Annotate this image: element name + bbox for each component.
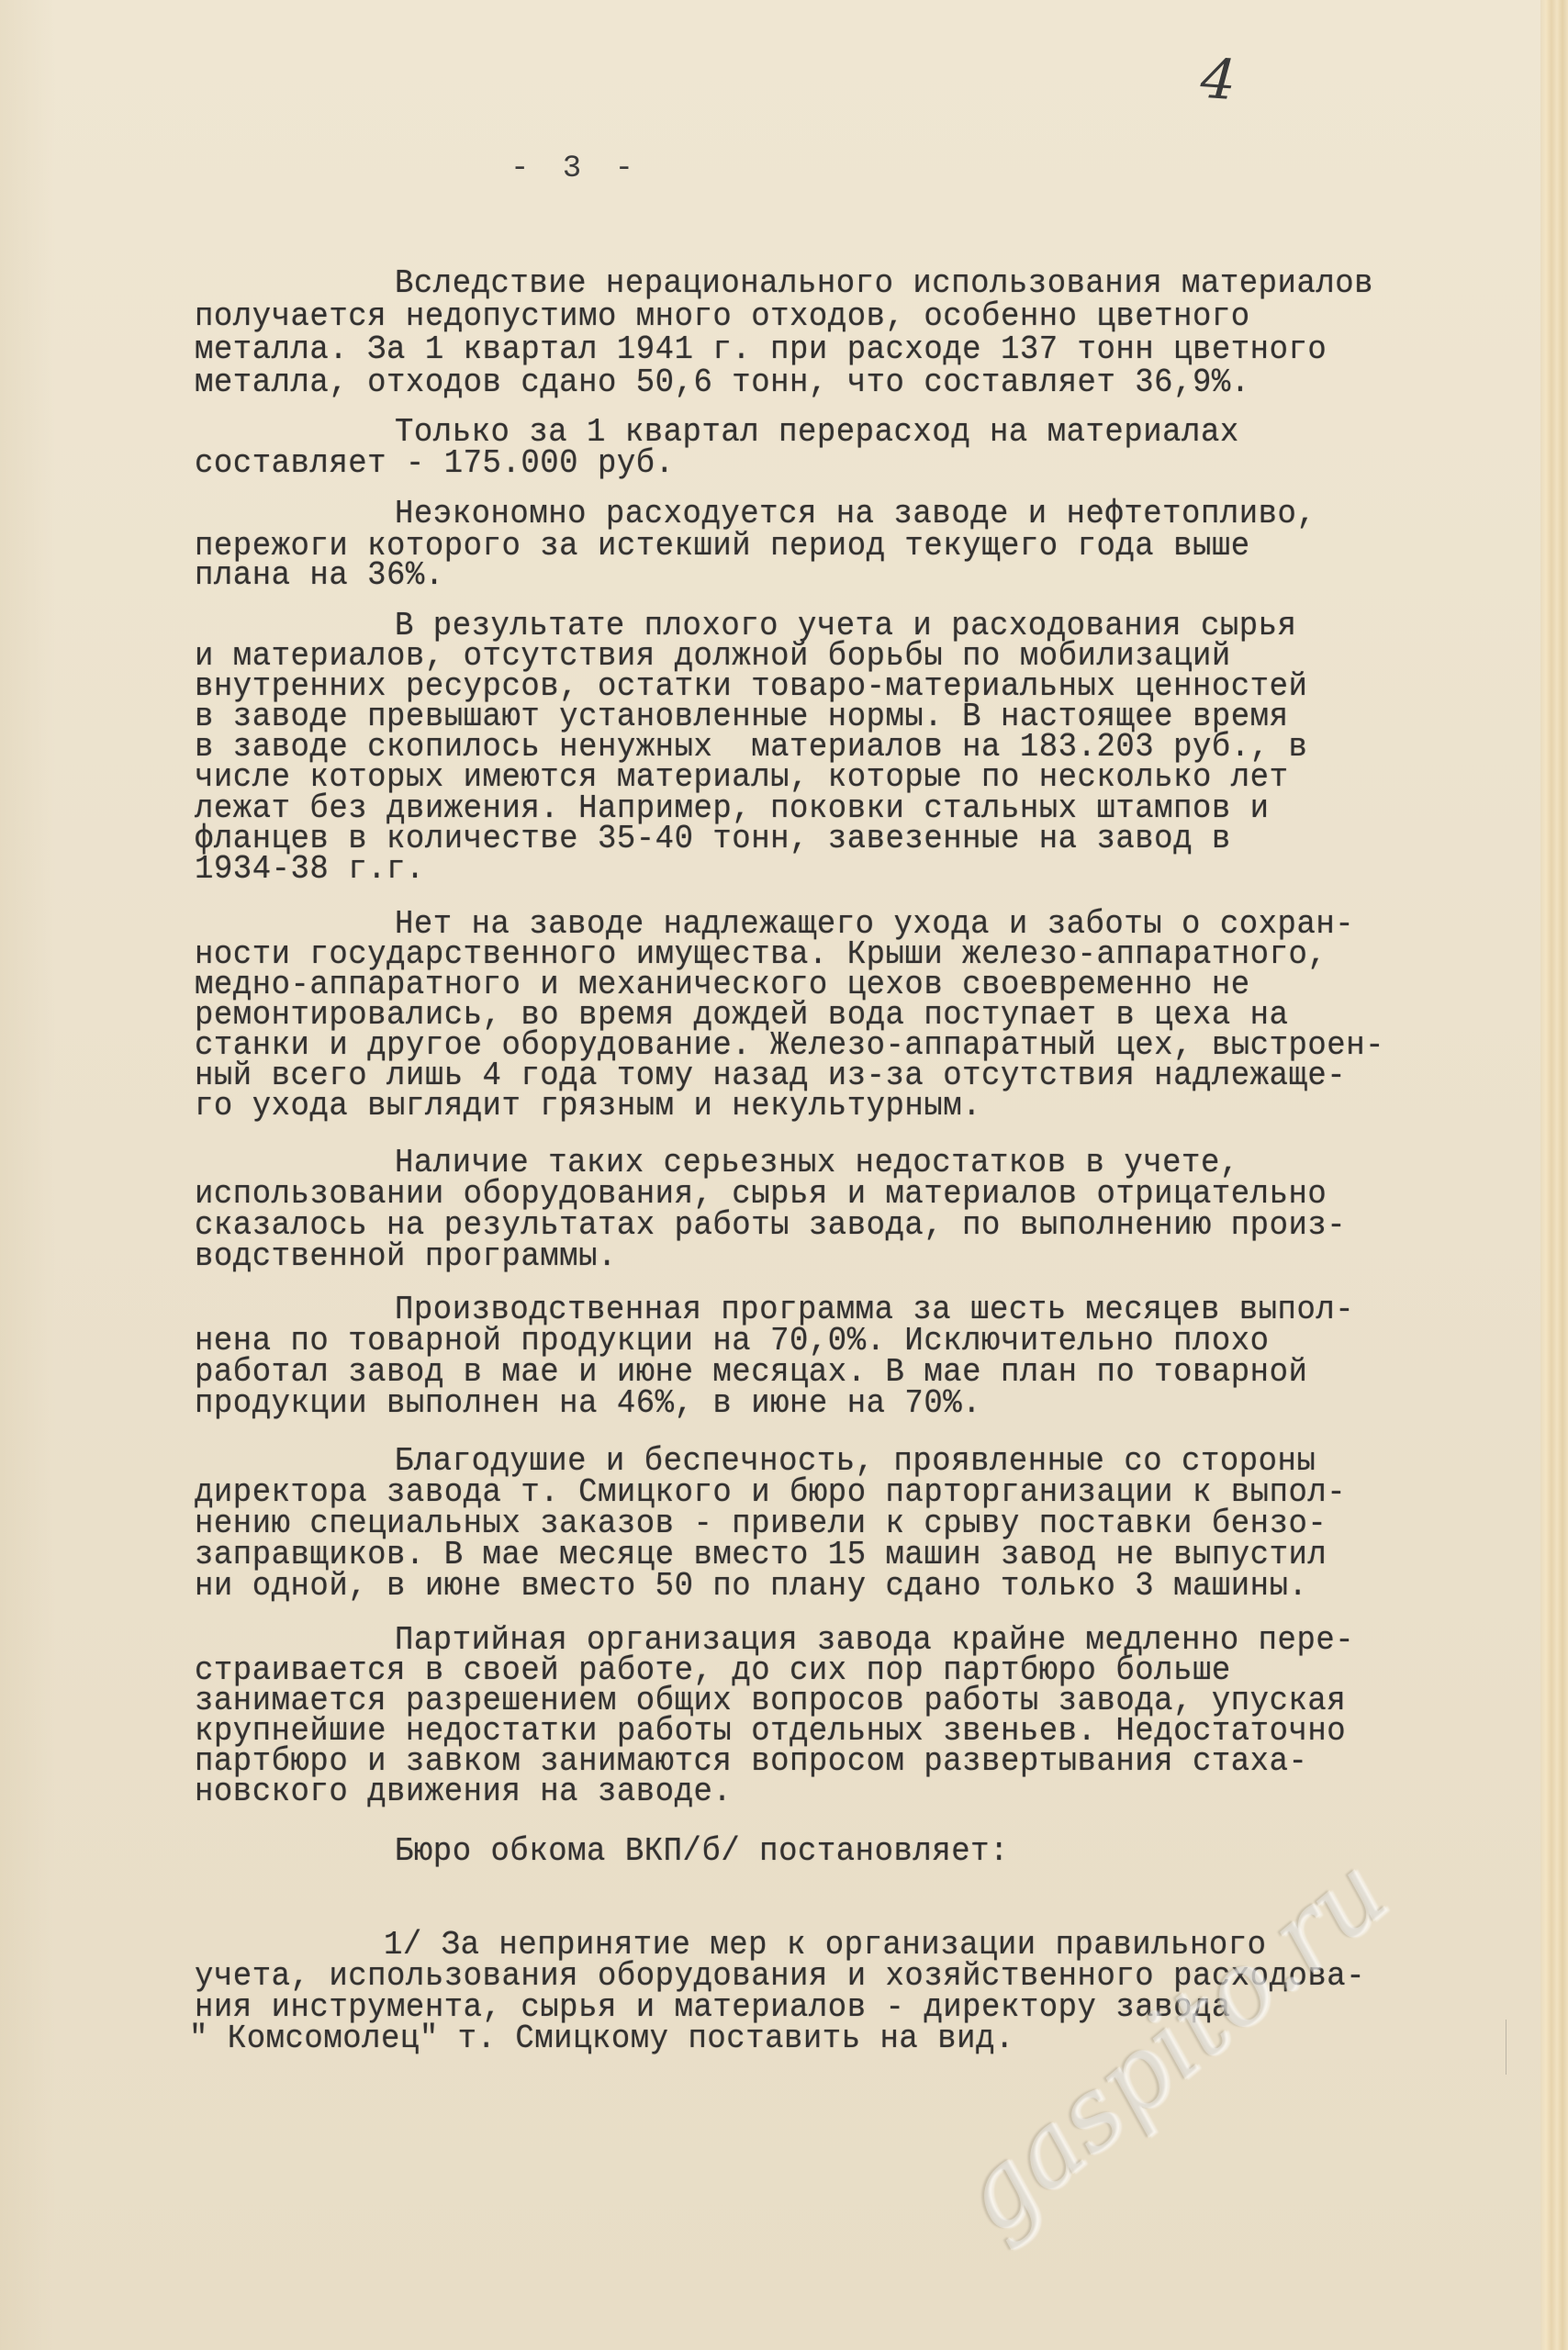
text-line: использовании оборудования, сырья и мате…	[195, 1179, 1327, 1212]
text-line: металла, отходов сдано 50,6 тонн, что со…	[195, 367, 1250, 400]
resolution-heading: Бюро обкома ВКП/б/ постановляет:	[395, 1836, 1009, 1869]
text-line: числе которых имеются материалы, которые…	[195, 762, 1289, 795]
text-line: новского движения на заводе.	[195, 1776, 732, 1809]
page-edge	[1540, 0, 1568, 2350]
text-line: составляет - 175.000 руб.	[195, 448, 675, 481]
text-line: директора завода т. Смицкого и бюро парт…	[195, 1477, 1346, 1510]
text-line: ния инструмента, сырья и материалов - ди…	[195, 1992, 1231, 2025]
text-line: ни одной, в июне вместо 50 по плану сдан…	[195, 1571, 1307, 1604]
text-line: металла. За 1 квартал 1941 г. при расход…	[195, 334, 1327, 367]
folio-number: 4	[1199, 47, 1238, 113]
margin-pencil-mark	[1506, 2020, 1543, 2075]
text-line: 1/ За непринятие мер к организации прави…	[384, 1930, 1267, 1963]
text-line: " Комсомолец" т. Смицкому поставить на в…	[189, 2023, 1014, 2056]
text-line: Благодушие и беспечность, проявленные со…	[395, 1446, 1316, 1479]
text-line: 1934-38 г.г.	[195, 854, 425, 887]
text-line: нена по товарной продукции на 70,0%. Иск…	[195, 1326, 1270, 1359]
document-page: 4 - 3 - Вследствие нерационального испол…	[0, 0, 1568, 2350]
text-line: продукции выполнен на 46%, в июне на 70%…	[195, 1388, 981, 1421]
text-line: сказалось на результатах работы завода, …	[195, 1210, 1346, 1243]
text-line: водственной программы.	[195, 1241, 617, 1274]
text-line: го ухода выглядит грязным и некультурным…	[195, 1091, 981, 1124]
text-line: Наличие таких серьезных недостатков в уч…	[395, 1147, 1239, 1181]
text-line: Только за 1 квартал перерасход на матери…	[395, 417, 1239, 450]
text-line: плана на 36%.	[195, 560, 444, 593]
text-line: Вследствие нерационального использования…	[395, 268, 1373, 301]
text-line: получается недопустимо много отходов, ос…	[195, 301, 1250, 334]
text-line: заправщиков. В мае месяце вместо 15 маши…	[195, 1539, 1327, 1572]
text-line: нению специальных заказов - привели к ср…	[195, 1508, 1327, 1541]
text-line: Неэкономно расходуется на заводе и нефте…	[395, 498, 1316, 532]
text-line: Производственная программа за шесть меся…	[395, 1294, 1354, 1327]
text-line: работал завод в мае и июне месяцах. В ма…	[195, 1357, 1307, 1390]
page-number: - 3 -	[510, 151, 641, 186]
